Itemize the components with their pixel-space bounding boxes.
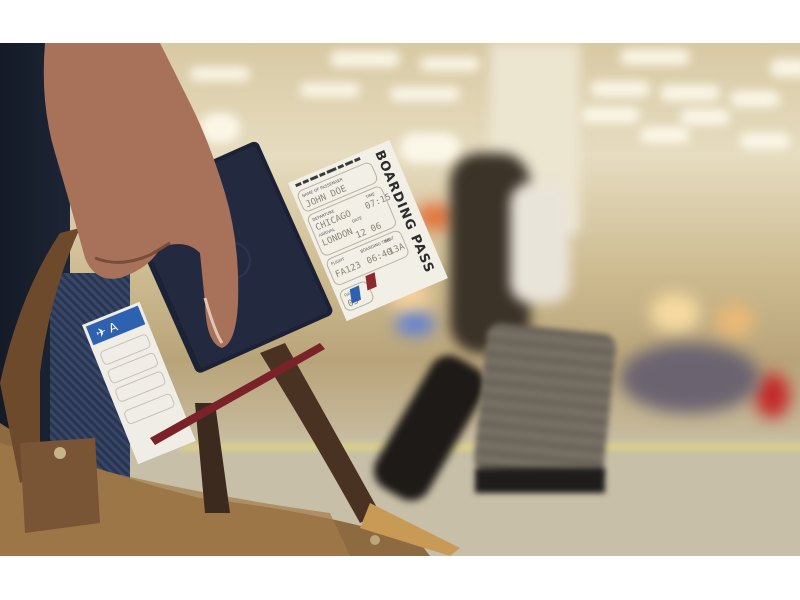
rivet	[54, 447, 66, 459]
airport-photo: ✈ A NAME OF PASSENGER	[0, 43, 800, 556]
rivet	[370, 535, 380, 545]
foreground-illustration: ✈ A NAME OF PASSENGER	[0, 43, 800, 556]
hand	[44, 43, 238, 348]
